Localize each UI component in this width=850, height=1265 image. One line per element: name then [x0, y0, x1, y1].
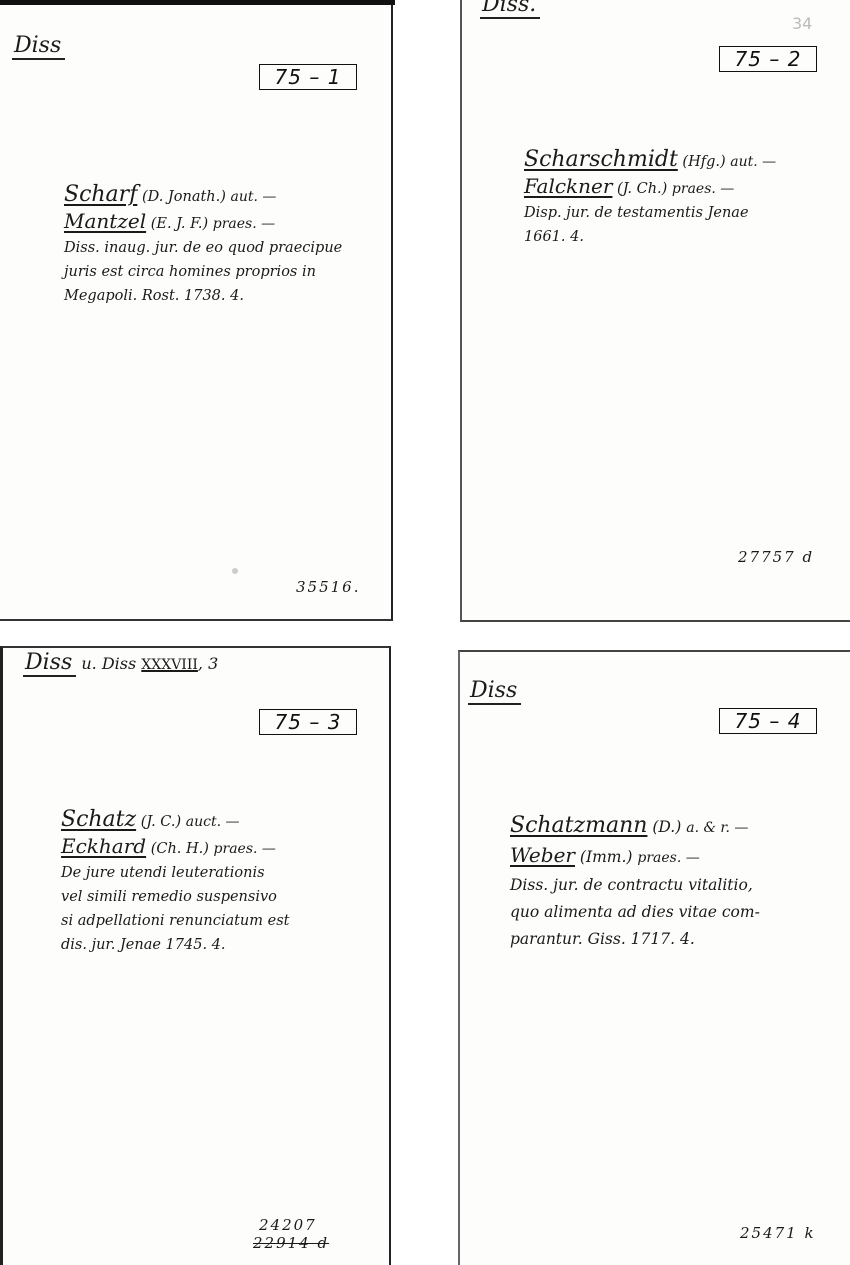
catalog-card-75-1: Diss 75 – 1 Scharf (D. Jonath.) aut. — M… [0, 5, 393, 621]
shelf-mark-extra: u. Diss [81, 654, 136, 673]
shelf-mark: Diss [23, 652, 76, 677]
title-line: Diss. inaug. jur. de eo quod praecipue [64, 236, 342, 260]
author-line: Schatzmann (D.) a. & r. — [510, 812, 760, 842]
catalog-card-75-4: Diss 75 – 4 Schatzmann (D.) a. & r. — We… [458, 650, 850, 1265]
praeses-role: praes. — [637, 850, 699, 866]
title-line: parantur. Giss. 1717. 4. [510, 926, 760, 953]
reference-number: 75 – 4 [719, 708, 817, 734]
author-role: aut. — [730, 154, 776, 170]
author-initials: (D.) [652, 818, 681, 836]
reference-number: 75 – 2 [719, 46, 817, 72]
author-name: Schatz [61, 807, 136, 832]
corner-pencil-note: 34 [792, 14, 812, 33]
praeses-initials: (Ch. H.) [151, 841, 209, 857]
accession-number: 27757 d [738, 548, 814, 566]
title-line: juris est circa homines proprios in [64, 260, 342, 284]
title-line: Disp. jur. de testamentis Jenae [524, 201, 776, 225]
shelf-location: Diss u. Diss XXXVIII, 3 [23, 652, 218, 677]
praeses-line: Mantzel (E. J. F.) praes. — [64, 209, 342, 236]
catalog-entry: Scharschmidt (Hfg.) aut. — Falckner (J. … [524, 148, 776, 249]
accession-number: 35516. [296, 578, 361, 596]
paper-blemish [232, 568, 238, 574]
praeses-line: Eckhard (Ch. H.) praes. — [61, 834, 289, 861]
author-line: Scharschmidt (Hfg.) aut. — [524, 148, 776, 174]
praeses-initials: (Imm.) [580, 848, 633, 866]
catalog-entry: Schatzmann (D.) a. & r. — Weber (Imm.) p… [510, 812, 760, 953]
author-line: Scharf (D. Jonath.) aut. — [64, 183, 342, 209]
shelf-mark: Diss [468, 680, 521, 705]
author-initials: (Hfg.) [682, 154, 725, 170]
title-line: De jure utendi leuterationis [61, 861, 289, 885]
title-line: quo alimenta ad dies vitae com- [510, 899, 760, 926]
title-line: dis. jur. Jenae 1745. 4. [61, 933, 289, 957]
author-role: aut. — [231, 189, 277, 205]
title-line: Diss. jur. de contractu vitalitio, [510, 872, 760, 899]
catalog-card-75-3: Diss u. Diss XXXVIII, 3 75 – 3 Schatz (J… [0, 646, 391, 1265]
title-line: 1661. 4. [524, 225, 776, 249]
author-name: Schatzmann [510, 813, 647, 838]
title-line: Megapoli. Rost. 1738. 4. [64, 284, 342, 308]
accession-number: 25471 k [740, 1224, 816, 1242]
title-line: vel simili remedio suspensivo [61, 885, 289, 909]
author-name: Scharf [64, 182, 137, 207]
author-role: a. & r. — [686, 820, 748, 836]
accession-number: 24207 [253, 1216, 329, 1234]
shelf-volume: XXXVIII [141, 657, 198, 673]
catalog-card-75-2: Diss. 34 75 – 2 Scharschmidt (Hfg.) aut.… [460, 0, 850, 622]
title-line: si adpellationi renunciatum est [61, 909, 289, 933]
praeses-role: praes. — [672, 181, 734, 197]
shelf-item: , 3 [198, 654, 218, 673]
author-initials: (D. Jonath.) [142, 189, 226, 205]
shelf-mark: Diss [12, 35, 65, 60]
catalog-entry: Scharf (D. Jonath.) aut. — Mantzel (E. J… [64, 183, 342, 308]
praeses-line: Falckner (J. Ch.) praes. — [524, 174, 776, 201]
author-name: Scharschmidt [524, 147, 678, 172]
author-line: Schatz (J. C.) auct. — [61, 808, 289, 834]
reference-number: 75 – 3 [259, 709, 357, 735]
author-initials: (J. C.) [141, 814, 181, 830]
accession-numbers: 24207 22914 d [253, 1216, 329, 1252]
praeses-initials: (E. J. F.) [151, 216, 208, 232]
catalog-entry: Schatz (J. C.) auct. — Eckhard (Ch. H.) … [61, 808, 289, 957]
praeses-name: Weber [510, 843, 575, 867]
praeses-role: praes. — [214, 841, 276, 857]
praeses-role: praes. — [213, 216, 275, 232]
praeses-initials: (J. Ch.) [617, 181, 667, 197]
praeses-line: Weber (Imm.) praes. — [510, 842, 760, 872]
praeses-name: Eckhard [61, 834, 146, 858]
accession-number-struck: 22914 d [253, 1234, 329, 1252]
praeses-name: Falckner [524, 174, 612, 198]
shelf-mark: Diss. [480, 0, 540, 19]
author-role: auct. — [186, 814, 240, 830]
reference-number: 75 – 1 [259, 64, 357, 90]
praeses-name: Mantzel [64, 209, 146, 233]
